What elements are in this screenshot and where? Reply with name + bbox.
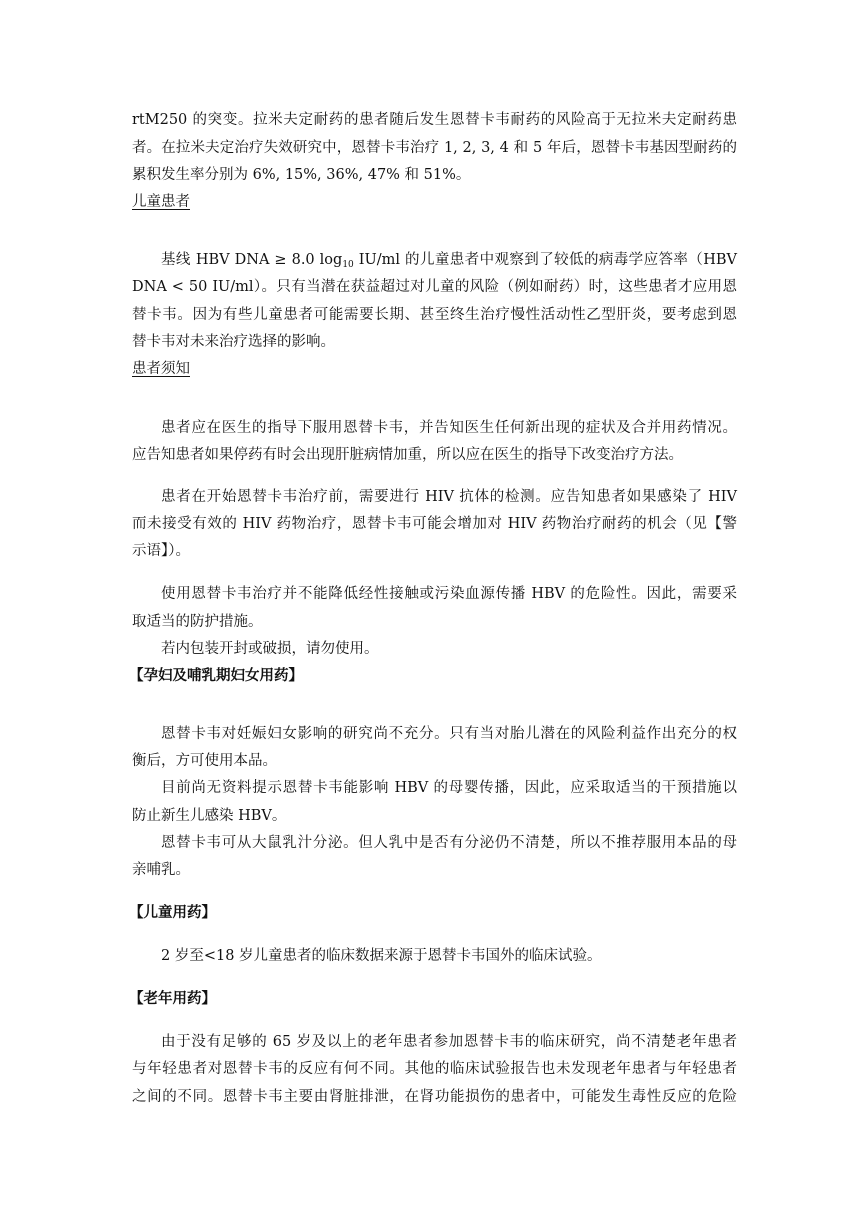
body-text-line: DNA < 50 IU/ml）。只有当潜在获益超过对儿童的风险（例如耐药）时，这… [132, 278, 737, 296]
section-heading-pregnancy: 【孕妇及哺乳期妇女用药】 [129, 667, 734, 685]
body-text-line: 恩替卡韦对妊娠妇女影响的研究尚不充分。只有当对胎儿潜在的风险利益作出充分的权 [161, 725, 737, 743]
subscript-10: 10 [342, 260, 353, 270]
body-text-line: 之间的不同。恩替卡韦主要由肾脏排泄，在肾功能损伤的患者中，可能发生毒性反应的危险 [132, 1088, 737, 1106]
body-text-line: 2 岁至<18 岁儿童患者的临床数据来源于恩替卡韦国外的临床试验。 [161, 947, 737, 965]
body-text-line: 者。在拉米夫定治疗失效研究中，恩替卡韦治疗 1, 2, 3, 4 和 5 年后，… [132, 139, 737, 157]
body-text-line: 基线 HBV DNA ≥ 8.0 log10 IU/ml 的儿童患者中观察到了较… [161, 251, 737, 269]
body-text-line: 由于没有足够的 65 岁及以上的老年患者参加恩替卡韦的临床研究，尚不清楚老年患者 [161, 1033, 737, 1051]
body-text-line: 而未接受有效的 HIV 药物治疗，恩替卡韦可能会增加对 HIV 药物治疗耐药的机… [132, 515, 737, 533]
body-text-line: 累积发生率分别为 6%, 15%, 36%, 47% 和 51%。 [132, 166, 737, 184]
body-text-line: 患者应在医生的指导下服用恩替卡韦，并告知医生任何新出现的症状及合并用药情况。 [161, 419, 737, 437]
body-text-line: 应告知患者如果停药有时会出现肝脏病情加重，所以应在医生的指导下改变治疗方法。 [132, 446, 737, 464]
body-text-line: 替卡韦。因为有些儿童患者可能需要长期、甚至终生治疗慢性活动性乙型肝炎，要考虑到恩 [132, 306, 737, 324]
body-text-line: 替卡韦对未来治疗选择的影响。 [132, 333, 737, 351]
body-text-line: 与年轻患者对恩替卡韦的反应有何不同。其他的临床试验报告也未发现老年患者与年轻患者 [132, 1060, 737, 1078]
subsection-heading-pediatric: 儿童患者 [132, 193, 737, 211]
body-text-line: 示语】）。 [132, 542, 737, 560]
body-text-line: 使用恩替卡韦治疗并不能降低经性接触或污染血源传播 HBV 的危险性。因此，需要采 [161, 585, 737, 603]
body-text-line: 患者在开始恩替卡韦治疗前，需要进行 HIV 抗体的检测。应告知患者如果感染了 H… [161, 488, 737, 506]
document-page: rtM250 的突变。拉米夫定耐药的患者随后发生恩替卡韦耐药的风险高于无拉米夫定… [0, 0, 868, 1227]
body-text-line: 衡后，方可使用本品。 [132, 752, 737, 770]
body-text-line: rtM250 的突变。拉米夫定耐药的患者随后发生恩替卡韦耐药的风险高于无拉米夫定… [132, 111, 737, 129]
text-segment: 基线 HBV DNA ≥ 8.0 log [161, 252, 342, 268]
section-heading-geriatric-use: 【老年用药】 [129, 990, 734, 1008]
text-segment: IU/ml 的儿童患者中观察到了较低的病毒学应答率（HBV [354, 252, 737, 268]
body-text-line: 恩替卡韦可从大鼠乳汁分泌。但人乳中是否有分泌仍不清楚，所以不推荐服用本品的母 [161, 834, 737, 852]
body-text-line: 目前尚无资料提示恩替卡韦能影响 HBV 的母婴传播，因此，应采取适当的干预措施以 [161, 779, 737, 797]
body-text-line: 亲哺乳。 [132, 861, 737, 879]
subsection-heading-patient-info: 患者须知 [132, 360, 737, 378]
body-text-line: 若内包装开封或破损，请勿使用。 [161, 640, 737, 658]
body-text-line: 取适当的防护措施。 [132, 613, 737, 631]
section-heading-pediatric-use: 【儿童用药】 [129, 904, 734, 922]
body-text-line: 防止新生儿感染 HBV。 [132, 807, 737, 825]
